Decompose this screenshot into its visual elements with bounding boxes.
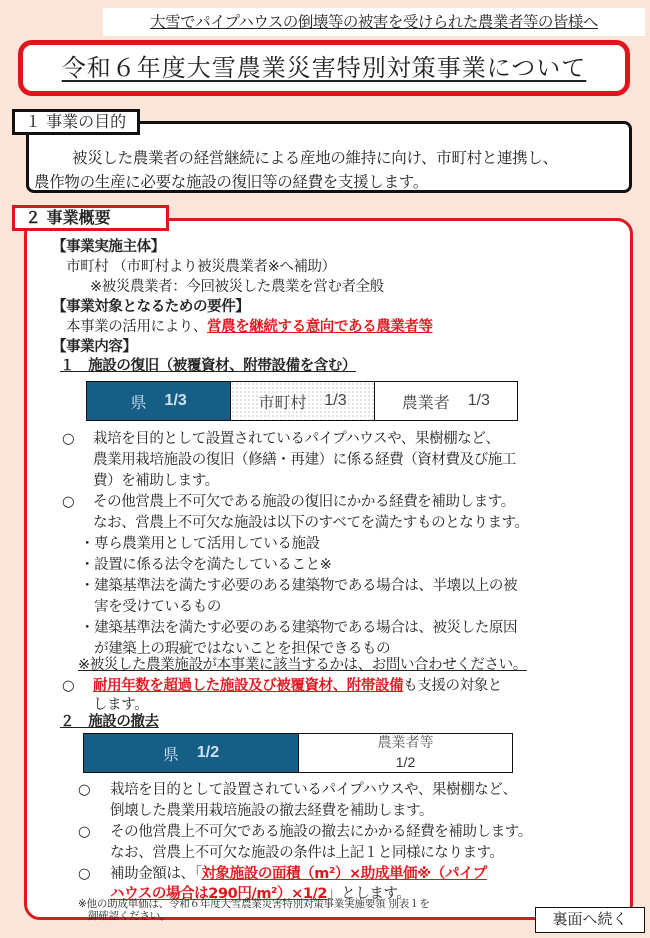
item1-bullet1-line2: 農業用栽培施設の復旧（修繕・再建）に係る経費（資材費及び施工 xyxy=(93,451,516,469)
share-farmer: 農業者1/3 xyxy=(375,382,517,420)
item1-bullet1-line3: 費）を補助します。 xyxy=(93,472,219,490)
condition-2: ・設置に係る法令を満たしていること※ xyxy=(80,556,331,574)
item1-bullet3-mark: ○ xyxy=(62,677,74,695)
item2-bullet2-line2: なお、営農上不可欠な施設の条件は上記１と同様になります。 xyxy=(110,844,504,862)
item1-title: １ 施設の復旧（被覆資材、附帯設備を含む） xyxy=(60,357,356,375)
footnote-line2: 御確認ください。 xyxy=(88,910,170,923)
requirements-prefix: 本事業の活用により、 xyxy=(66,319,207,335)
condition-3-cont: 害を受けているもの xyxy=(80,598,221,616)
requirements-heading: 【事業対象となるための要件】 xyxy=(52,298,249,316)
continue-on-back-label: 裏面へ続く xyxy=(535,907,645,933)
inquiry-note: ※被災した農業施設が本事業に該当するかは、お問い合わせください。 xyxy=(78,656,527,674)
item2-bullet2-mark: ○ xyxy=(78,823,90,841)
subsidy-formula-part1: 対象施設の面積（m²）×助成単価※（パイプ xyxy=(201,866,486,882)
item1-bullet2-mark: ○ xyxy=(62,493,74,511)
item1-bullet1-line1: 栽培を目的として設置されているパイプハウスや、果樹棚など、 xyxy=(93,430,500,448)
implementer-line-1: 市町村 （市町村より被災農業者※へ補助） xyxy=(66,258,336,276)
item2-bullet1-line2: 倒壊した農業用栽培施設の撤去経費を補助します。 xyxy=(110,802,433,820)
cost-share-table-restoration: 県1/3 市町村1/3 農業者1/3 xyxy=(86,381,518,421)
section-purpose-label: １ 事業の目的 xyxy=(12,109,140,135)
audience-banner: 大雪でパイプハウスの倒壊等の被害を受けられた農業者等の皆様へ xyxy=(103,8,645,36)
item1-bullet3-line2: します。 xyxy=(93,696,148,714)
condition-4: ・建築基準法を満たす必要のある建築物である場合は、被災した原因 xyxy=(80,619,517,637)
title-box: 令和６年度大雪農業災害特別対策事業について xyxy=(18,40,630,96)
implementer-line-2: ※被災農業者：今回被災した農業を営む者全般 xyxy=(90,278,384,296)
purpose-line-2: 農作物の生産に必要な施設の復旧等の経費を支援します。 xyxy=(34,170,624,194)
share-farmers: 農業者等1/2 xyxy=(298,734,512,772)
section-purpose-text: 被災した農業者の経営継続による産地の維持に向け、市町村と連携し、 農作物の生産に… xyxy=(40,146,624,194)
audience-text: 大雪でパイプハウスの倒壊等の被害を受けられた農業者等の皆様へ xyxy=(150,13,598,31)
condition-1: ・専ら農業用として活用している施設 xyxy=(80,535,320,553)
content-heading: 【事業内容】 xyxy=(52,338,137,356)
item2-bullet2-line1: その他営農上不可欠である施設の撤去にかかる経費を補助します。 xyxy=(110,823,532,841)
item1-bullet3-line1: 耐用年数を超過した施設及び被覆資材、附帯設備も支援の対象と xyxy=(93,677,502,695)
item1-bullet2-line2: なお、営農上不可欠な施設は以下のすべてを満たすものとなります。 xyxy=(93,514,529,532)
item2-bullet1-mark: ○ xyxy=(78,781,90,799)
item2-bullet3-line1: 補助金額は、「対象施設の面積（m²）×助成単価※（パイプ xyxy=(110,865,487,883)
section-overview-label: ２ 事業概要 xyxy=(12,205,169,231)
implementer-heading: 【事業実施主体】 xyxy=(52,238,165,256)
purpose-line-1: 被災した農業者の経営継続による産地の維持に向け、市町村と連携し、 xyxy=(40,146,624,170)
page-title: 令和６年度大雪農業災害特別対策事業について xyxy=(62,54,587,82)
item2-bullet1-line1: 栽培を目的として設置されているパイプハウスや、果樹棚など、 xyxy=(110,781,517,799)
item1-bullet3-highlight: 耐用年数を超過した施設及び被覆資材、附帯設備 xyxy=(93,678,403,694)
item1-bullet2-line1: その他営農上不可欠である施設の復旧にかかる経費を補助します。 xyxy=(93,493,515,511)
requirements-highlight: 営農を継続する意向である農業者等 xyxy=(207,319,433,335)
share-prefecture: 県1/2 xyxy=(84,734,298,772)
item2-title: ２ 施設の撤去 xyxy=(60,713,159,731)
item2-bullet3-mark: ○ xyxy=(78,865,90,883)
share-prefecture: 県1/3 xyxy=(87,382,230,420)
cost-share-table-removal: 県1/2 農業者等1/2 xyxy=(83,733,513,773)
condition-3: ・建築基準法を満たす必要のある建築物である場合は、半壊以上の被 xyxy=(80,577,517,595)
requirements-line: 本事業の活用により、営農を継続する意向である農業者等 xyxy=(66,318,433,336)
item1-bullet1-mark: ○ xyxy=(62,430,74,448)
share-municipality: 市町村1/3 xyxy=(230,382,374,420)
